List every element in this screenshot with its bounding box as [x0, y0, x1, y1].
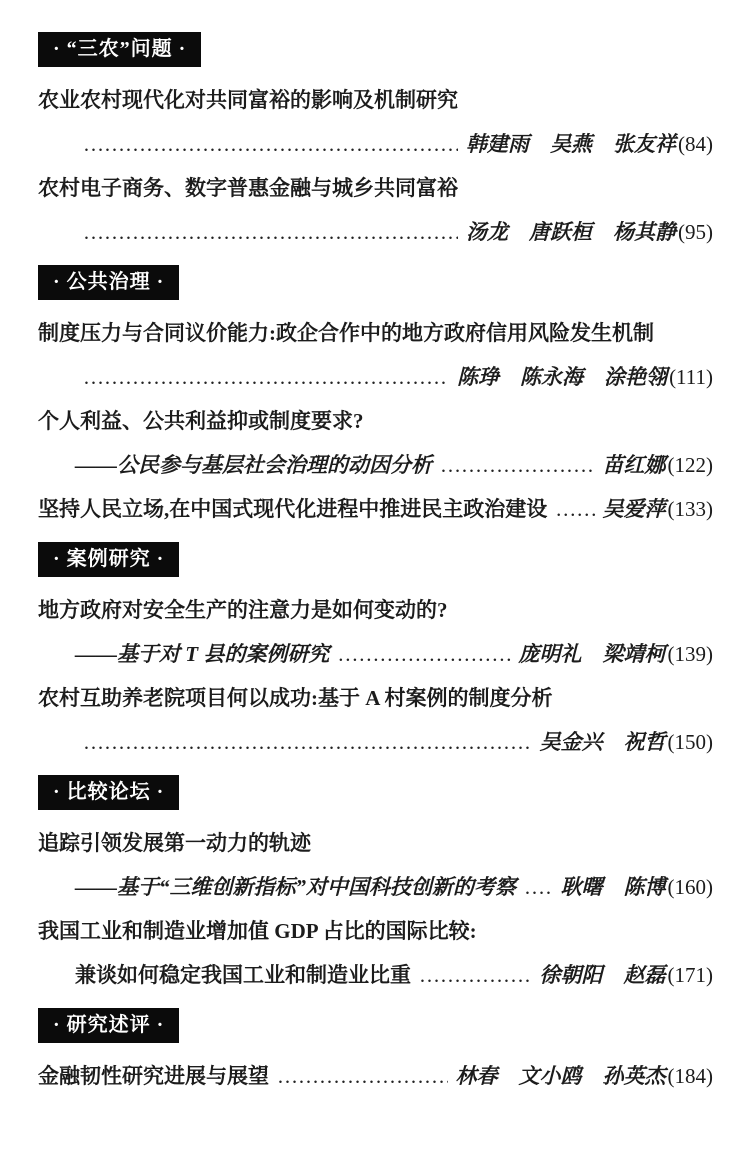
- section-sannong: · “三农”问题 · 农业农村现代化对共同富裕的影响及机制研究 ………………………: [38, 32, 713, 245]
- article-leader-line: ……………………………………………………………………………………………………………: [75, 729, 713, 755]
- article-authors: 徐朝阳 赵磊: [540, 962, 666, 988]
- toc-page: · “三农”问题 · 农业农村现代化对共同富裕的影响及机制研究 ………………………: [0, 0, 751, 1152]
- article-single-line: 金融韧性研究进展与展望 ……………………………………………………………………………: [38, 1063, 713, 1089]
- article-subtitle-line: ——基于“三维创新指标”对中国科技创新的考察 ………………………………………………: [75, 874, 713, 900]
- article-leader-line: ……………………………………………………………………………………………………………: [75, 364, 713, 390]
- article-authors: 吴爱萍: [603, 496, 666, 522]
- section-comparative-forum: · 比较论坛 · 追踪引领发展第一动力的轨迹 ——基于“三维创新指标”对中国科技…: [38, 755, 713, 988]
- article-page-number: (160): [668, 874, 714, 900]
- article-authors: 陈琤 陈永海 涂艳翎: [457, 364, 667, 390]
- article-page-number: (111): [669, 364, 713, 390]
- section-public-governance: · 公共治理 · 制度压力与合同议价能力:政企合作中的地方政府信用风险发生机制 …: [38, 245, 713, 522]
- dot-leader: ……………………………………………………………………………………………………………: [440, 452, 595, 478]
- dot-leader: ……………………………………………………………………………………………………………: [555, 496, 594, 522]
- article-title: 农村互助养老院项目何以成功:基于 A 村案例的制度分析: [38, 685, 713, 711]
- article-subtitle-line: ——公民参与基层社会治理的动因分析 ……………………………………………………………: [75, 452, 713, 478]
- section-research-review: · 研究述评 · 金融韧性研究进展与展望 ……………………………………………………: [38, 988, 713, 1089]
- dot-leader: ……………………………………………………………………………………………………………: [524, 874, 553, 900]
- dot-leader: ……………………………………………………………………………………………………………: [337, 641, 510, 667]
- dot-leader: ……………………………………………………………………………………………………………: [83, 729, 532, 755]
- section-header: · 比较论坛 ·: [38, 775, 179, 810]
- article-subtitle-line: 兼谈如何稳定我国工业和制造业比重 ………………………………………………………………: [75, 962, 713, 988]
- article-authors: 庞明礼 梁靖柯: [519, 641, 666, 667]
- article-authors: 林春 文小鸥 孙英杰: [456, 1063, 666, 1089]
- article-authors: 苗红娜: [603, 452, 666, 478]
- article-subtitle: ——公民参与基层社会治理的动因分析: [75, 452, 432, 478]
- article-leader-line: ……………………………………………………………………………………………………………: [75, 131, 713, 157]
- dot-leader: ……………………………………………………………………………………………………………: [83, 131, 458, 157]
- dot-leader: ……………………………………………………………………………………………………………: [277, 1063, 448, 1089]
- article-page-number: (95): [678, 219, 713, 245]
- article-subtitle-line: ——基于对 T 县的案例研究 ……………………………………………………………………: [75, 641, 713, 667]
- section-header: · 公共治理 ·: [38, 265, 179, 300]
- article-title: 个人利益、公共利益抑或制度要求?: [38, 408, 713, 434]
- article-page-number: (84): [678, 131, 713, 157]
- dot-leader: ……………………………………………………………………………………………………………: [83, 219, 458, 245]
- article-title: 追踪引领发展第一动力的轨迹: [38, 830, 713, 856]
- article-single-line: 坚持人民立场,在中国式现代化进程中推进民主政治建设 ………………………………………: [38, 496, 713, 522]
- article-authors: 韩建雨 吴燕 张友祥: [466, 131, 676, 157]
- article-page-number: (171): [668, 962, 714, 988]
- article-authors: 吴金兴 祝哲: [540, 729, 666, 755]
- article-title: 农村电子商务、数字普惠金融与城乡共同富裕: [38, 175, 713, 201]
- article-subtitle: 兼谈如何稳定我国工业和制造业比重: [75, 962, 411, 988]
- dot-leader: ……………………………………………………………………………………………………………: [419, 962, 532, 988]
- article-authors: 汤龙 唐跃桓 杨其静: [466, 219, 676, 245]
- article-authors: 耿曙 陈博: [561, 874, 666, 900]
- article-title: 坚持人民立场,在中国式现代化进程中推进民主政治建设: [38, 496, 547, 522]
- article-page-number: (184): [668, 1063, 714, 1089]
- article-page-number: (139): [668, 641, 714, 667]
- article-title: 地方政府对安全生产的注意力是如何变动的?: [38, 597, 713, 623]
- dot-leader: ……………………………………………………………………………………………………………: [83, 364, 449, 390]
- article-title: 制度压力与合同议价能力:政企合作中的地方政府信用风险发生机制: [38, 320, 713, 346]
- article-page-number: (122): [668, 452, 714, 478]
- section-case-studies: · 案例研究 · 地方政府对安全生产的注意力是如何变动的? ——基于对 T 县的…: [38, 522, 713, 755]
- article-leader-line: ……………………………………………………………………………………………………………: [75, 219, 713, 245]
- article-title: 我国工业和制造业增加值 GDP 占比的国际比较:: [38, 918, 713, 944]
- article-subtitle: ——基于对 T 县的案例研究: [75, 641, 329, 667]
- section-header: · “三农”问题 ·: [38, 32, 201, 67]
- article-page-number: (150): [668, 729, 714, 755]
- article-title: 农业农村现代化对共同富裕的影响及机制研究: [38, 87, 713, 113]
- section-header: · 案例研究 ·: [38, 542, 179, 577]
- section-header: · 研究述评 ·: [38, 1008, 179, 1043]
- article-title: 金融韧性研究进展与展望: [38, 1063, 269, 1089]
- article-page-number: (133): [668, 496, 714, 522]
- article-subtitle: ——基于“三维创新指标”对中国科技创新的考察: [75, 874, 516, 900]
